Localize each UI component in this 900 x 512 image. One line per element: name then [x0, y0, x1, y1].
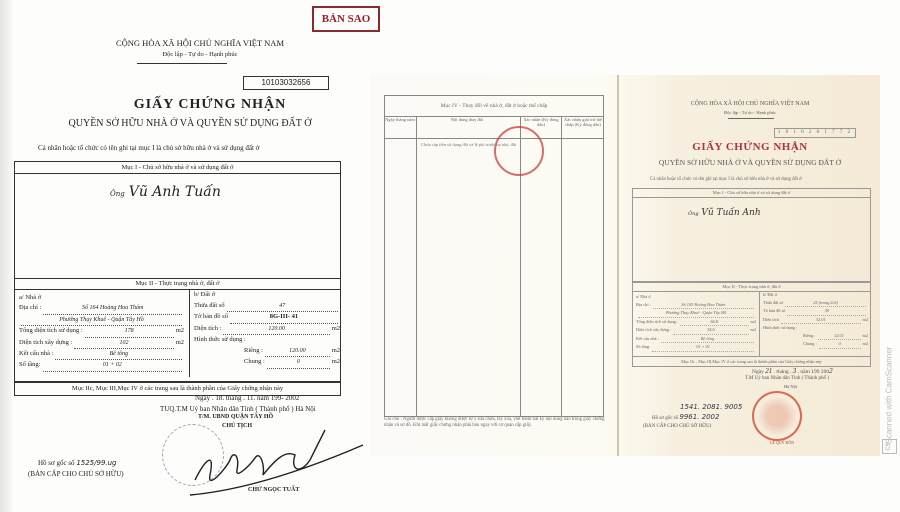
plot-label: Thửa đất số: [194, 301, 225, 312]
built-area-label: Diện tích xây dựng :: [19, 338, 72, 348]
owner-name-right: Ông Vũ Tuấn Anh: [688, 208, 761, 218]
total-area-value: 178: [85, 326, 174, 337]
built-area-label-right: Diện tích xây dựng :: [636, 326, 671, 334]
unit: m2: [751, 318, 757, 326]
nation-header: CỘNG HÒA XÃ HỘI CHỦ NGHĨA VIỆT NAM: [100, 38, 300, 48]
date-day: 21: [765, 367, 772, 375]
motto-underline-right: [728, 118, 774, 119]
unit: m2: [332, 357, 340, 368]
land-label: b/ Đất ở: [194, 290, 340, 301]
structure-label: Kết cấu nhà :: [19, 349, 53, 359]
private-label-right: Riêng :: [803, 332, 816, 340]
total-area-row-right: Tổng diện tích sử dụng :66.8m2: [636, 318, 756, 327]
land-area-value: 120.00: [223, 324, 329, 336]
section-note-right: Mục IIc , Mục III,Mục IV ở các trang sau…: [632, 356, 871, 367]
land-details: b/ Đất ở Thửa đất số47 Tờ bản đồ số8G-II…: [189, 290, 340, 377]
house-details-right: a/ Nhà ở Địa chỉ :Số 165 Hoàng Hoa Thám …: [636, 293, 756, 352]
section-owner-right: Mục I - Chủ sở hữu nhà ở và sử dụng đất …: [632, 188, 871, 282]
land-area-label-right: Diện tích: [763, 316, 779, 324]
certificate-title-right: GIẤY CHỨNG NHẬN: [640, 141, 860, 153]
owner-prefix-right: Ông: [688, 211, 699, 217]
shared-value: 0: [267, 357, 330, 369]
handwritten-reference: 1541. 2081. 9005: [680, 403, 742, 411]
plot-row-right: Thửa đất số25 (trong 2ch): [763, 299, 868, 308]
page-note: Ghi chú : Người được cấp giấy không được…: [384, 417, 606, 430]
map-row: Tờ bản đồ số8G-III- 41: [194, 312, 340, 324]
unit: m2: [751, 326, 757, 334]
file-number-value-right: 9961. 2002: [679, 413, 719, 421]
motto: Độc lập - Tự do - Hạnh phúc: [100, 51, 300, 58]
private-row: Riêng :120.00m2: [194, 346, 340, 358]
address-line1-right: Số 165 Hoàng Hoa Thám: [653, 301, 754, 310]
structure-label-right: Kết cấu nhà :: [636, 335, 659, 343]
page-edge-shadow: [0, 0, 12, 512]
land-label-right: b/ Đất ở: [763, 291, 868, 299]
owner-name-text: Vũ Anh Tuấn: [129, 184, 221, 200]
col-date: Ngày tháng năm: [385, 117, 415, 137]
city-right: Hà Nội: [784, 384, 797, 389]
owner-name-text-right: Vũ Tuấn Anh: [701, 208, 760, 218]
built-area-row: Diện tích xây dựng :102m2: [19, 338, 184, 349]
address-row-right: Địa chỉ :Số 165 Hoàng Hoa Thám: [636, 301, 756, 310]
unit: m2: [176, 326, 184, 336]
map-value-right: 38: [787, 307, 866, 316]
shared-row: Chung :0m2: [194, 357, 340, 369]
unit: m2: [863, 316, 869, 324]
unit: m2: [332, 346, 340, 357]
signer-name-right: LÊ QUÝ ĐÔN: [770, 440, 794, 445]
floors-row: Số tầng:01 + 02: [19, 360, 184, 371]
changes-heading: Mục IV - Thay đổi về nhà ở, đất ở hoặc t…: [385, 96, 603, 117]
plot-label-right: Thửa đất số: [763, 299, 783, 307]
date-prefix: Ngày: [752, 369, 764, 375]
private-value-right: 32.01: [818, 332, 861, 341]
land-area-row: Diện tích :120.00m2: [194, 324, 340, 336]
date-year-label: năm 199 200: [800, 369, 829, 375]
floors-value: 01 + 02: [43, 360, 183, 371]
built-area-row-right: Diện tích xây dựng :34.6m2: [636, 326, 756, 335]
plot-row: Thửa đất số47: [194, 301, 340, 313]
serial-number: 10103032656: [243, 76, 329, 90]
certificate-subtitle-right: QUYỀN SỞ HỮU NHÀ Ở VÀ QUYỀN SỬ DỤNG ĐẤT …: [625, 158, 875, 167]
red-seal-icon: [494, 126, 544, 176]
private-row-right: Riêng :32.01m2: [763, 332, 868, 341]
house-details: a/ Nhà ở Địa chỉ :Số 164 Hoàng Hoa Thám …: [19, 293, 184, 372]
motto-right: Độc lập - Tự do - Hạnh phúc: [640, 110, 860, 115]
file-number-value: 1525/99.ug: [76, 459, 116, 467]
copy-stamp: BẢN SAO: [312, 6, 380, 32]
motto-underline: [137, 63, 227, 64]
serial-number-right: 1 0 1 0 2 0 1 7 7 2: [774, 128, 856, 138]
camscanner-watermark: Scanned with CamScanner CS: [880, 315, 898, 455]
section-property: Mục II - Thực trạng nhà ở, đất ở a/ Nhà …: [14, 278, 341, 382]
structure-row-right: Kết cấu nhà :Bê tông: [636, 335, 756, 344]
plot-value: 47: [227, 301, 338, 313]
copy-note: (BẢN CẤP CHO CHỦ SỞ HỮU): [28, 470, 124, 478]
total-area-row: Tổng diện tích sử dụng :178m2: [19, 326, 184, 337]
certificate-title: GIẤY CHỨNG NHẬN: [40, 97, 380, 113]
map-label-right: Tờ bản đồ số: [763, 307, 785, 315]
section-owner-heading-right: Mục I - Chủ sở hữu nhà ở và sử dụng đất …: [633, 189, 870, 198]
structure-value: Bê tông: [55, 349, 182, 360]
certificate-subtitle: QUYỀN SỞ HỮU NHÀ Ở VÀ QUYỀN SỬ DỤNG ĐẤT …: [10, 118, 370, 129]
shared-label-right: Chung :: [803, 340, 817, 348]
address-label: Địa chỉ :: [19, 303, 41, 313]
unit: m2: [863, 332, 869, 340]
file-number-right: Hồ sơ gốc số 9961. 2002: [652, 413, 719, 421]
date-month: 3: [793, 367, 797, 375]
address-row: Địa chỉ :Số 164 Hoàng Hoa Thám: [19, 303, 184, 314]
built-area-value: 102: [74, 338, 173, 349]
map-value: 8G-III- 41: [230, 312, 338, 324]
address-row-2-right: Phường Thụy Khuê - Quận Tây Hồ: [636, 309, 756, 318]
private-value: 120.00: [265, 346, 330, 358]
page-fold: [617, 75, 619, 456]
section-owner-heading: Mục I - Chủ sở hữu nhà ở và sử dụng đất …: [15, 162, 340, 174]
owner-prefix: Ông: [110, 190, 125, 198]
private-label: Riêng :: [244, 346, 263, 357]
watermark-text: Scanned with CamScanner: [885, 316, 894, 444]
structure-row: Kết cấu nhà :Bê tông: [19, 349, 184, 360]
map-label: Tờ bản đồ số: [194, 312, 228, 323]
usage-label: Hình thức sử dụng :: [194, 335, 340, 346]
file-label: Hồ sơ gốc số: [38, 459, 75, 467]
house-label: a/ Nhà ở: [19, 293, 184, 303]
total-area-label: Tổng diện tích sử dụng :: [19, 326, 83, 336]
file-label-right: Hồ sơ gốc số: [652, 416, 678, 421]
authority-right: T.M Uỷ ban Nhân dân Tỉnh ( Thành phố ): [745, 376, 829, 381]
built-area-value-right: 34.6: [673, 326, 748, 335]
floors-value-right: 01 + 01: [652, 343, 754, 352]
authority-line1: TUQ.T.M Uỷ ban Nhân dân Tỉnh ( Thành phố…: [160, 405, 316, 413]
land-area-row-right: Diện tích32.01m2: [763, 316, 868, 325]
land-area-value-right: 32.01: [781, 316, 861, 325]
structure-value-right: Bê tông: [661, 335, 754, 344]
owner-name: ÔngVũ Anh Tuấn: [110, 184, 221, 200]
shared-value-right: 0: [819, 340, 861, 349]
camscanner-logo-icon: CS: [882, 439, 897, 454]
total-area-label-right: Tổng diện tích sử dụng :: [636, 318, 678, 326]
date-month-label: tháng: [776, 369, 788, 375]
issue-date-right: Ngày 21 . tháng . 3 . năm 199 2002: [752, 367, 833, 375]
file-number: Hồ sơ gốc số 1525/99.ug: [38, 459, 117, 467]
house-label-right: a/ Nhà ở: [636, 293, 756, 301]
signer-name: CHỬ NGỌC TUẤT: [248, 487, 299, 493]
land-area-label: Diện tích :: [194, 324, 221, 335]
address-row-2: Phường Thụy Khuê - Quận Tây Hồ: [19, 315, 184, 326]
floors-row-right: Số tầng:01 + 01: [636, 343, 756, 352]
col-release: Xác nhận giải trừ thế chấp (Ký đóng dấu): [563, 117, 603, 137]
intro-text-right: Cá nhân hoặc tổ chức có tên ghi tại mục …: [650, 177, 802, 182]
shared-label: Chung :: [244, 357, 265, 368]
floors-label-right: Số tầng:: [636, 343, 650, 351]
section-owner: Mục I - Chủ sở hữu nhà ở và sử dụng đất …: [14, 161, 341, 279]
unit: m2: [863, 340, 869, 348]
red-seal-icon-right: [752, 391, 802, 441]
usage-label-right: Hình thức sử dụng :: [763, 324, 868, 332]
section-property-right: Mục II - Thực trạng nhà ở, đất ở a/ Nhà …: [632, 282, 871, 357]
shared-row-right: Chung :0m2: [763, 340, 868, 349]
address-line1: Số 164 Hoàng Hoa Thám: [43, 303, 182, 314]
unit: m2: [176, 338, 184, 348]
total-area-value-right: 66.8: [680, 318, 748, 327]
section-property-heading: Mục II - Thực trạng nhà ở, đất ở: [15, 279, 340, 290]
address-line2: Phường Thụy Khuê - Quận Tây Hồ: [21, 315, 182, 326]
date-year: 2: [829, 367, 833, 375]
address-label-right: Địa chỉ :: [636, 301, 651, 309]
issue-date: Ngày . 18. tháng . 11. năm 199- 2002: [195, 394, 299, 402]
map-row-right: Tờ bản đồ số38: [763, 307, 868, 316]
plot-value-right: 25 (trong 2ch): [785, 299, 866, 308]
intro-text: Cá nhân hoặc tổ chức có tên ghi tại mục …: [38, 144, 368, 152]
address-line2-right: Phường Thụy Khuê - Quận Tây Hồ: [638, 309, 754, 318]
floors-label: Số tầng:: [19, 360, 41, 370]
land-details-right: b/ Đất ở Thửa đất số25 (trong 2ch) Tờ bả…: [759, 291, 868, 356]
nation-header-right: CỘNG HÒA XÃ HỘI CHỦ NGHĨA VIỆT NAM: [640, 101, 860, 107]
unit: m2: [332, 324, 340, 335]
copy-note-right: (BẢN CẤP CHO CHỦ SỞ HỮU): [643, 424, 711, 429]
